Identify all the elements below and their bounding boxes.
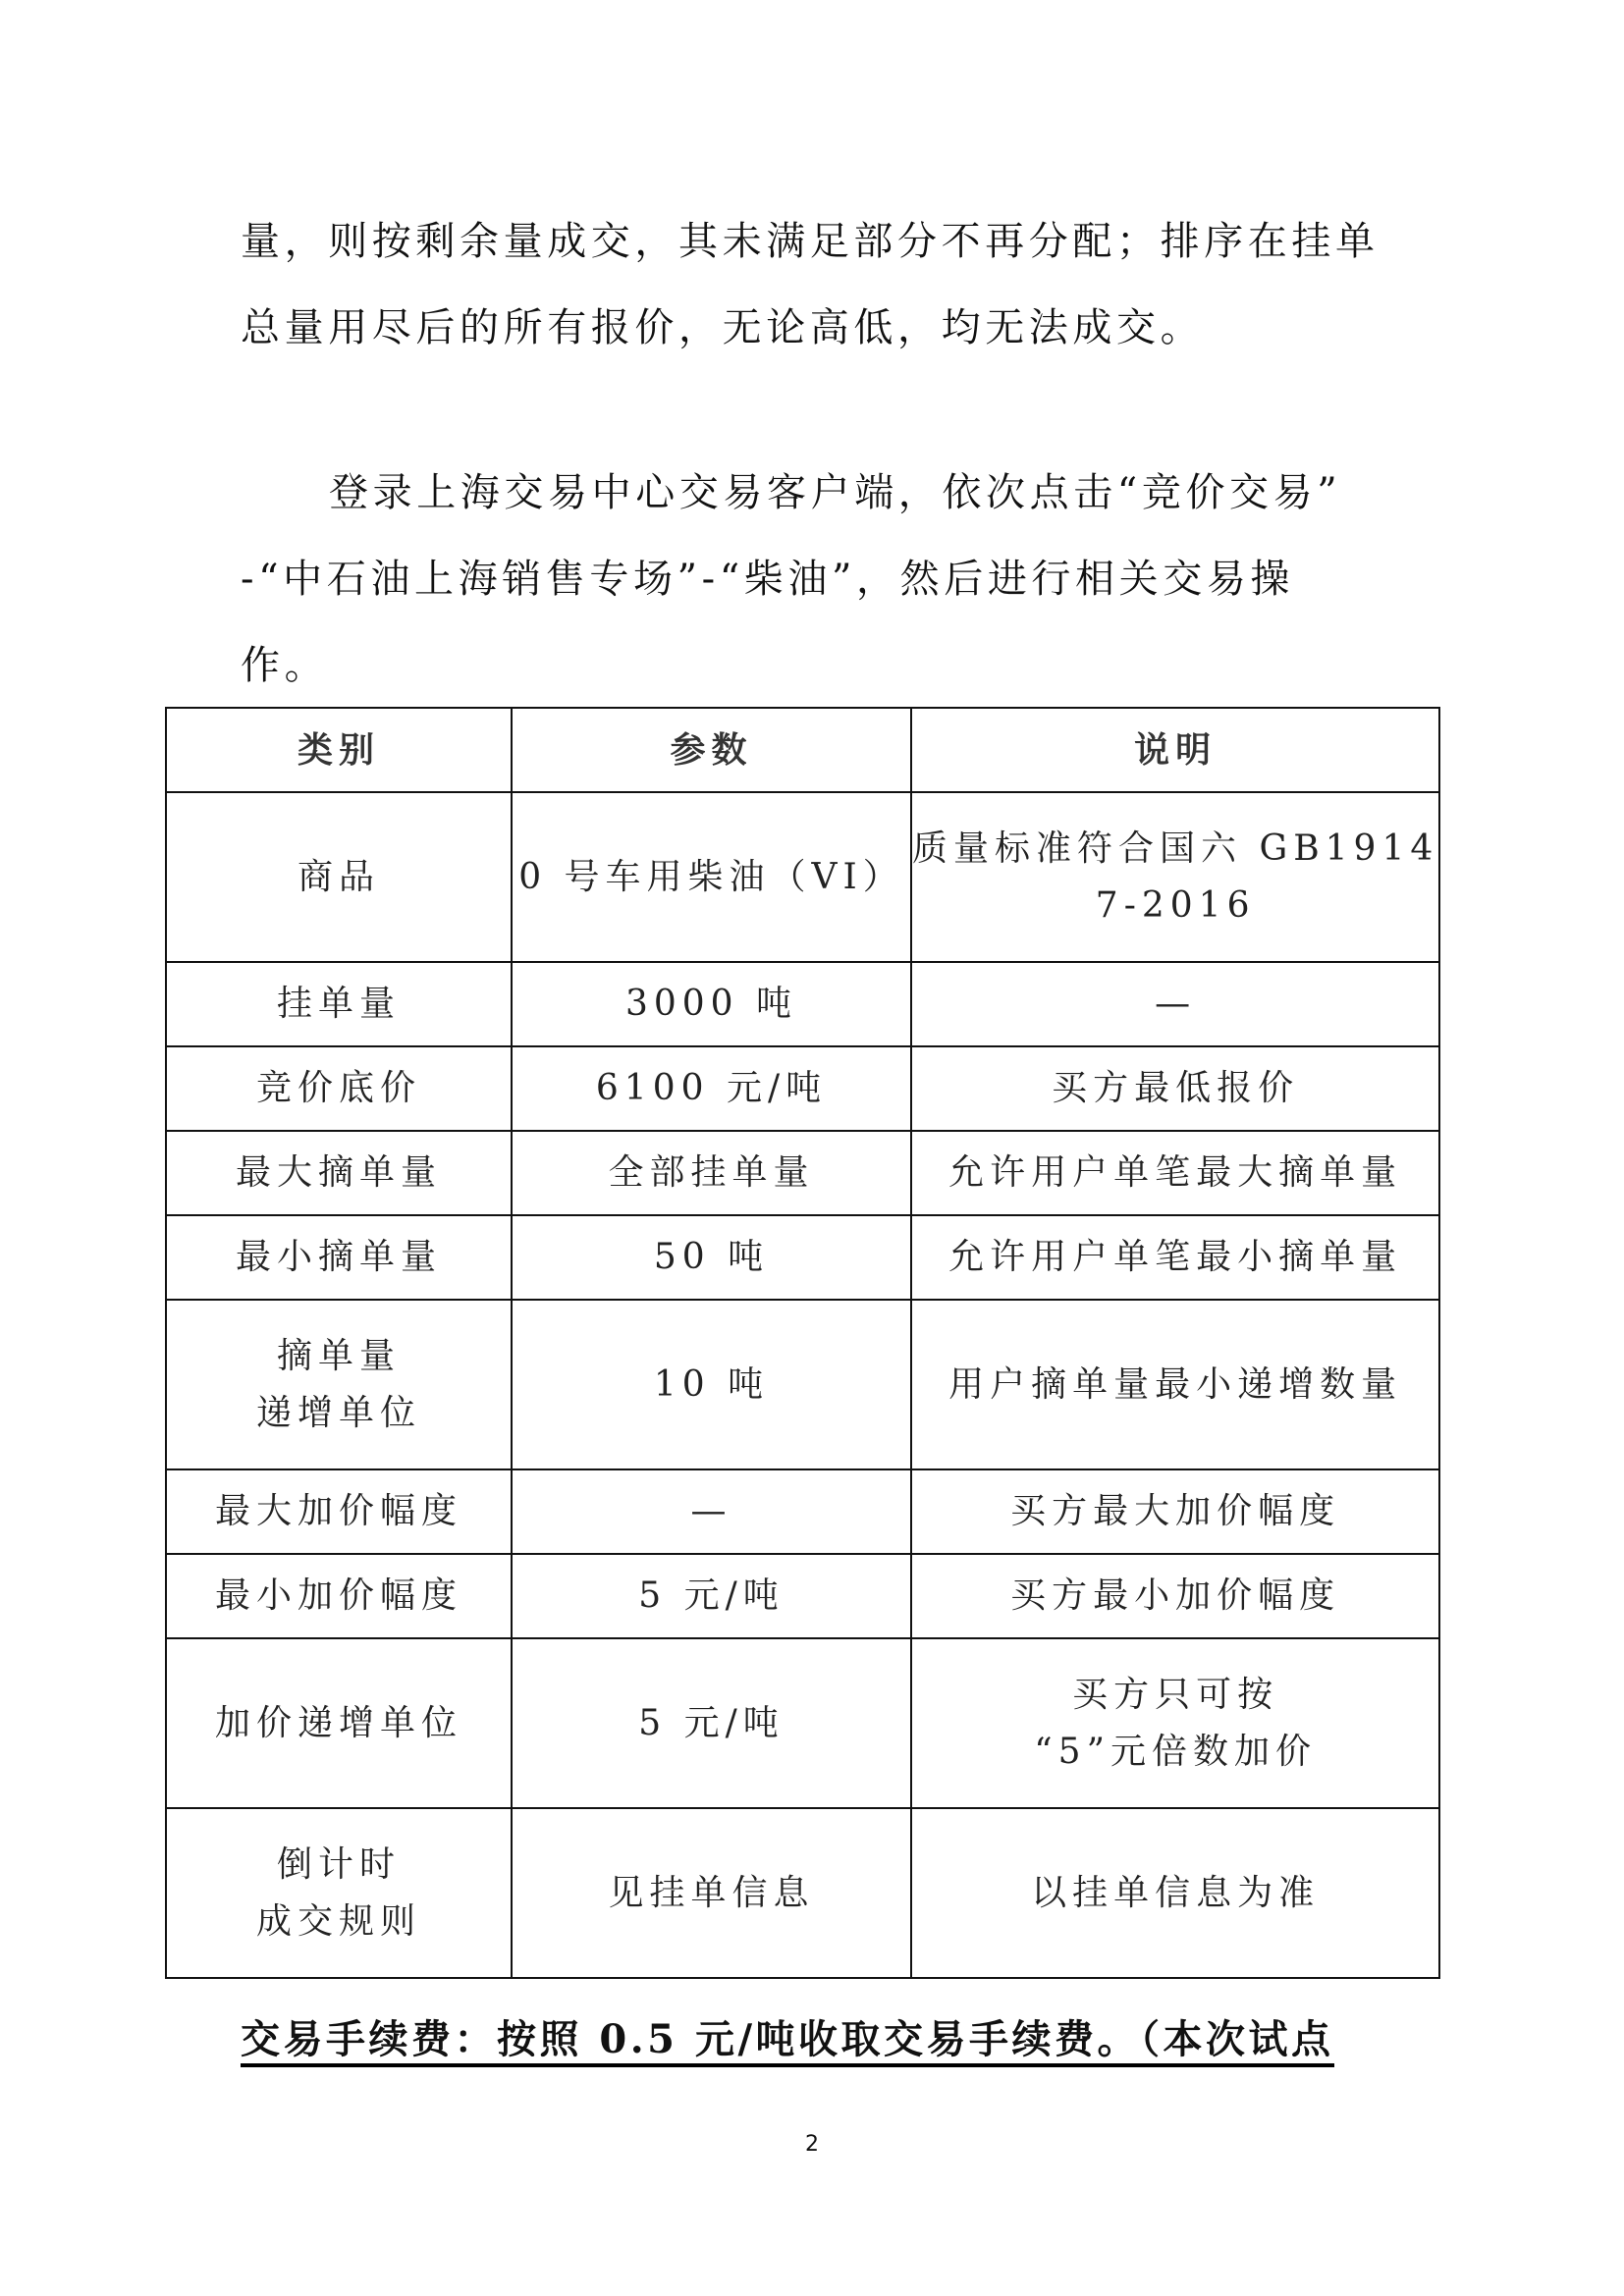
table-row: 竞价底价 6100 元/吨 买方最低报价 <box>166 1046 1439 1131</box>
cell-text: 最小加价幅度 <box>167 1568 511 1625</box>
text-line: 量，则按剩余量成交，其未满足部分不再分配；排序在挂单 <box>241 218 1380 265</box>
cell-description: 允许用户单笔最小摘单量 <box>911 1215 1439 1300</box>
cell-category: 最小摘单量 <box>166 1215 512 1300</box>
cell-text: 买方最小加价幅度 <box>912 1568 1438 1625</box>
trading-parameters-table: 类别 参数 说明 商品 0 号车用柴油（VI） 质量标准符合国六 GB19147… <box>165 707 1440 1979</box>
cell-category: 商品 <box>166 792 512 962</box>
cell-parameter: 5 元/吨 <box>512 1638 911 1808</box>
table-row: 最大加价幅度 — 买方最大加价幅度 <box>166 1469 1439 1554</box>
cell-text: 5 元/吨 <box>513 1695 910 1752</box>
cell-text: 允许用户单笔最小摘单量 <box>912 1229 1438 1286</box>
cell-text: 7-2016 <box>912 878 1438 934</box>
cell-text: 0 号车用柴油（VI） <box>513 849 910 906</box>
trading-fee-line: 交易手续费：按照 0.5 元/吨收取交易手续费。（本次试点 <box>241 2016 1334 2067</box>
cell-parameter: 5 元/吨 <box>512 1554 911 1638</box>
cell-description: 买方最大加价幅度 <box>911 1469 1439 1554</box>
cell-description: 允许用户单笔最大摘单量 <box>911 1131 1439 1215</box>
cell-description: 买方最小加价幅度 <box>911 1554 1439 1638</box>
table-row: 最小加价幅度 5 元/吨 买方最小加价幅度 <box>166 1554 1439 1638</box>
cell-text: 最小摘单量 <box>167 1229 511 1286</box>
cell-parameter: — <box>512 1469 911 1554</box>
text-line: 总量用尽后的所有报价，无论高低，均无法成交。 <box>241 304 1204 351</box>
table-header-row: 类别 参数 说明 <box>166 708 1439 792</box>
cell-description: 以挂单信息为准 <box>911 1808 1439 1978</box>
text-line: 登录上海交易中心交易客户端，依次点击“竞价交易” <box>329 469 1341 516</box>
cell-text: “5”元倍数加价 <box>912 1724 1438 1781</box>
table-row: 加价递增单位 5 元/吨 买方只可按“5”元倍数加价 <box>166 1638 1439 1808</box>
cell-parameter: 10 吨 <box>512 1300 911 1469</box>
cell-text: 倒计时 <box>167 1837 511 1894</box>
cell-parameter: 全部挂单量 <box>512 1131 911 1215</box>
cell-text: 10 吨 <box>513 1357 910 1414</box>
cell-text: — <box>912 976 1438 1033</box>
cell-description: 买方只可按“5”元倍数加价 <box>911 1638 1439 1808</box>
text-line: -“中石油上海销售专场”-“柴油”，然后进行相关交易操 <box>241 556 1294 603</box>
cell-category: 最小加价幅度 <box>166 1554 512 1638</box>
header-parameter: 参数 <box>512 708 911 792</box>
cell-category: 摘单量递增单位 <box>166 1300 512 1469</box>
table-row: 最大摘单量 全部挂单量 允许用户单笔最大摘单量 <box>166 1131 1439 1215</box>
cell-category: 加价递增单位 <box>166 1638 512 1808</box>
cell-text: 允许用户单笔最大摘单量 <box>912 1145 1438 1201</box>
cell-text: 摘单量 <box>167 1328 511 1385</box>
table-row: 摘单量递增单位 10 吨 用户摘单量最小递增数量 <box>166 1300 1439 1469</box>
cell-category: 倒计时成交规则 <box>166 1808 512 1978</box>
cell-text: 买方最大加价幅度 <box>912 1483 1438 1540</box>
header-description: 说明 <box>911 708 1439 792</box>
cell-text: 3000 吨 <box>513 976 910 1033</box>
cell-text: 成交规则 <box>167 1894 511 1950</box>
table-row: 倒计时成交规则 见挂单信息 以挂单信息为准 <box>166 1808 1439 1978</box>
cell-parameter: 3000 吨 <box>512 962 911 1046</box>
cell-parameter: 0 号车用柴油（VI） <box>512 792 911 962</box>
header-category: 类别 <box>166 708 512 792</box>
cell-text: — <box>513 1483 910 1540</box>
cell-description: 买方最低报价 <box>911 1046 1439 1131</box>
cell-category: 竞价底价 <box>166 1046 512 1131</box>
cell-text: 商品 <box>167 849 511 906</box>
cell-category: 挂单量 <box>166 962 512 1046</box>
cell-text: 最大摘单量 <box>167 1145 511 1201</box>
cell-text: 买方只可按 <box>912 1667 1438 1724</box>
cell-parameter: 见挂单信息 <box>512 1808 911 1978</box>
cell-text: 以挂单信息为准 <box>912 1865 1438 1922</box>
cell-parameter: 6100 元/吨 <box>512 1046 911 1131</box>
cell-description: — <box>911 962 1439 1046</box>
cell-text: 见挂单信息 <box>513 1865 910 1922</box>
cell-text: 递增单位 <box>167 1385 511 1442</box>
table-row: 商品 0 号车用柴油（VI） 质量标准符合国六 GB19147-2016 <box>166 792 1439 962</box>
table-row: 挂单量 3000 吨 — <box>166 962 1439 1046</box>
table-row: 最小摘单量 50 吨 允许用户单笔最小摘单量 <box>166 1215 1439 1300</box>
cell-text: 6100 元/吨 <box>513 1060 910 1117</box>
cell-text: 质量标准符合国六 GB1914 <box>912 821 1438 878</box>
cell-text: 50 吨 <box>513 1229 910 1286</box>
page-number: 2 <box>805 2132 819 2157</box>
cell-text: 买方最低报价 <box>912 1060 1438 1117</box>
cell-category: 最大摘单量 <box>166 1131 512 1215</box>
cell-category: 最大加价幅度 <box>166 1469 512 1554</box>
cell-text: 挂单量 <box>167 976 511 1033</box>
cell-text: 加价递增单位 <box>167 1695 511 1752</box>
cell-text: 5 元/吨 <box>513 1568 910 1625</box>
text-line: 作。 <box>241 642 328 689</box>
cell-text: 竞价底价 <box>167 1060 511 1117</box>
cell-description: 用户摘单量最小递增数量 <box>911 1300 1439 1469</box>
cell-text: 用户摘单量最小递增数量 <box>912 1357 1438 1414</box>
cell-parameter: 50 吨 <box>512 1215 911 1300</box>
cell-text: 全部挂单量 <box>513 1145 910 1201</box>
cell-description: 质量标准符合国六 GB19147-2016 <box>911 792 1439 962</box>
cell-text: 最大加价幅度 <box>167 1483 511 1540</box>
